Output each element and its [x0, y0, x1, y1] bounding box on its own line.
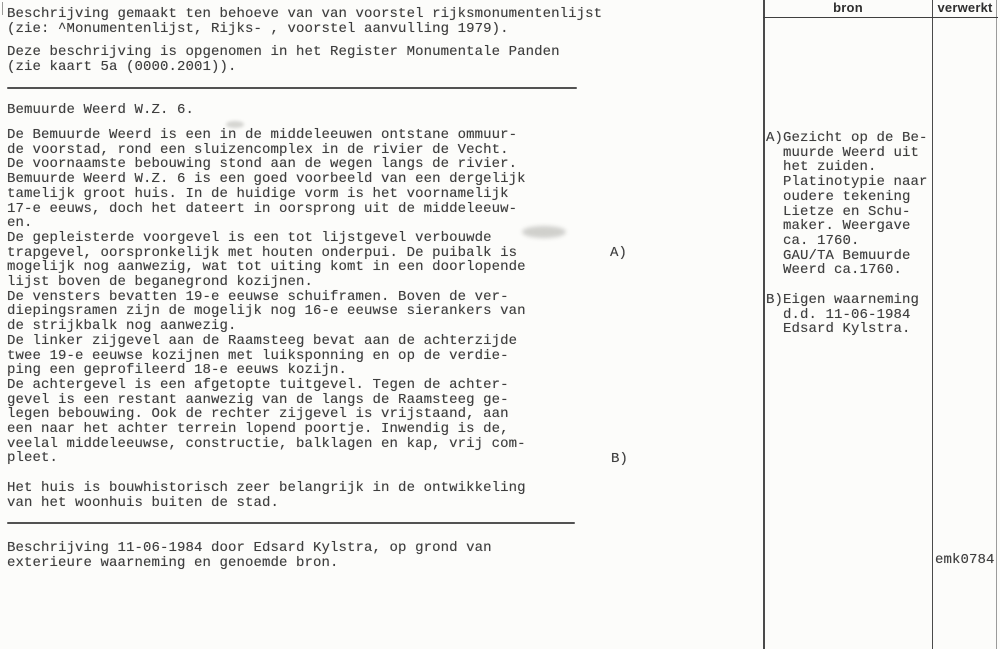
- intro-paragraph-2: Deze beschrijving is opgenomen in het Re…: [7, 45, 560, 74]
- column-header-bron: bron: [764, 0, 932, 16]
- verwerkt-code: emk0784: [935, 553, 995, 568]
- monument-title: Bemuurde Weerd W.Z. 6.: [7, 103, 194, 118]
- margin-marker-a: A): [610, 246, 627, 261]
- source-entry-b: B)Eigen waarneming d.d. 11-06-1984 Edsar…: [766, 293, 919, 337]
- section-divider-rule-top: [7, 87, 577, 89]
- ink-smudge-small: [226, 121, 244, 128]
- column-header-verwerkt: verwerkt: [933, 0, 997, 16]
- ink-smudge: [522, 226, 566, 238]
- scanned-document-page: Beschrijving gemaakt ten behoeve van van…: [0, 0, 1000, 649]
- table-column-divider: [932, 0, 934, 649]
- intro-paragraph-1: Beschrijving gemaakt ten behoeve van van…: [7, 7, 602, 36]
- section-divider-rule-bottom: [7, 522, 575, 524]
- scan-edge-mark: [2, 2, 3, 15]
- margin-marker-b: B): [611, 452, 628, 467]
- source-entry-a: A)Gezicht op de Be- muurde Weerd uit het…: [766, 131, 928, 278]
- footer-attribution: Beschrijving 11-06-1984 door Edsard Kyls…: [7, 541, 492, 570]
- closing-paragraph: Het huis is bouwhistorisch zeer belangri…: [7, 481, 526, 510]
- table-left-border: [763, 0, 765, 649]
- table-right-border: [996, 0, 997, 649]
- table-header-underline: [763, 17, 998, 19]
- description-body: De Bemuurde Weerd is een in de middeleeu…: [7, 128, 526, 466]
